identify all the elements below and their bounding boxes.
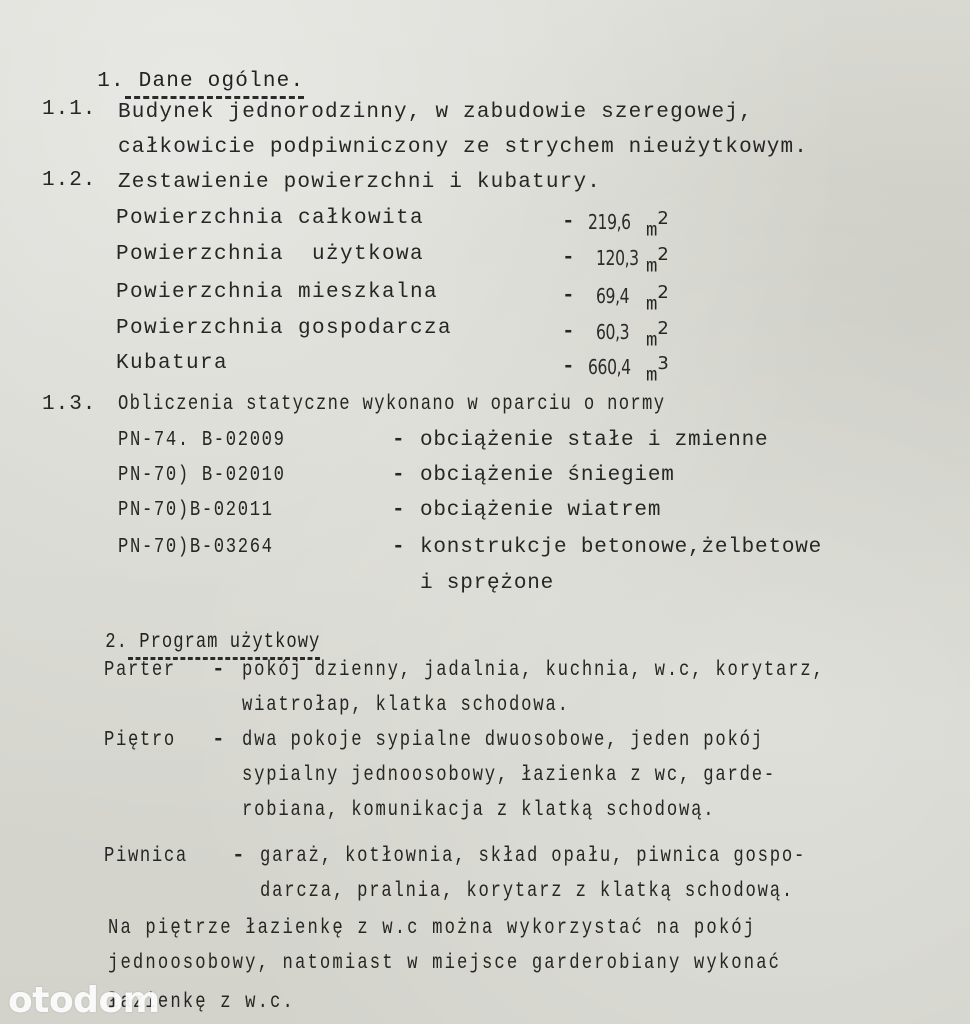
floor-description-line: wiatrołap, klatka schodowa. [242,695,570,716]
item-1-1-line-2: całkowicie podpiwniczony ze strychem nie… [118,137,808,158]
document-page: 1. Dane ogólne. 1.1. Budynek jednorodzin… [0,0,970,1024]
area-value: 660,4 [588,357,631,377]
norm-dash: - [392,500,405,521]
section-2-title-text: Program użytkowy [139,631,320,654]
area-dash: - [562,248,575,269]
area-label: Powierzchnia całkowita [116,208,424,229]
area-label: Powierzchnia mieszkalna [116,282,438,303]
area-value: 120,3 [596,248,639,268]
floor-dash: - [232,846,245,867]
area-value: 69,4 [596,286,629,306]
area-value: 60,3 [596,322,629,342]
norm-dash: - [392,465,405,486]
section-1-title: Dane ogólne. [125,70,304,99]
floor-name: Parter [104,660,176,681]
floor-dash: - [212,660,225,681]
area-dash: - [562,322,575,343]
floor-dash: - [212,730,225,751]
item-1-1-line-1: Budynek jednorodzinny, w zabudowie szere… [118,102,753,123]
norm-dash: - [392,537,405,558]
floor-name: Piętro [104,730,176,751]
norm-code: PN-70)B-03264 [118,537,274,558]
norm-code: PN-70) B-02010 [118,465,286,486]
area-dash: - [562,286,575,307]
area-unit-exponent: 2 [657,282,668,303]
item-1-3-title: Obliczenia statyczne wykonano w oparciu … [118,394,665,415]
item-1-1-number: 1.1. [42,99,96,120]
section-1-number: 1. [97,70,125,93]
area-unit: m2 [646,250,669,276]
note-line: Na piętrze łazienkę z w.c można wykorzys… [108,918,756,939]
norm-description-cont: i sprężone [420,573,554,594]
area-label: Kubatura [116,353,228,374]
norm-dash: - [392,430,405,451]
area-unit: m2 [646,324,669,350]
floor-description-line: sypialny jednoosobowy, łazienka z wc, ga… [242,765,776,786]
area-label: Powierzchnia gospodarcza [116,318,452,339]
norm-code: PN-70)B-02011 [118,500,274,521]
norm-code: PN-74. B-02009 [118,430,286,451]
item-1-3-number: 1.3. [42,394,96,415]
norm-description: konstrukcje betonowe,żelbetowe [420,537,822,558]
area-value: 219,6 [588,212,631,232]
floor-description-line: darcza, pralnia, korytarz z klatką schod… [260,881,794,902]
item-1-2-number: 1.2. [42,170,96,191]
note-line: jednoosobowy, natomiast w miejsce garder… [108,953,781,974]
section-1-title-text: Dane ogólne. [139,70,305,93]
area-dash: - [562,357,575,378]
area-label: Powierzchnia użytkowa [116,244,424,265]
area-unit-exponent: 3 [657,353,668,374]
area-unit-exponent: 2 [657,318,668,339]
floor-description-line: dwa pokoje sypialne dwuosobowe, jeden po… [242,730,764,751]
norm-description: obciążenie śniegiem [420,465,675,486]
otodom-watermark-logo: otodom [8,983,160,1019]
floor-description-line: robiana, komunikacja z klatką schodową. [242,800,715,821]
item-1-2-title: Zestawienie powierzchni i kubatury. [118,172,601,193]
floor-description-line: pokój dzienny, jadalnia, kuchnia, w.c, k… [242,660,825,681]
norm-description: obciążenie wiatrem [420,500,661,521]
area-dash: - [562,212,575,233]
section-2-title: Program użytkowy [128,631,320,660]
area-unit: m2 [646,214,669,240]
norm-description: obciążenie stałe i zmienne [420,430,768,451]
area-unit-exponent: 2 [657,244,668,265]
area-unit: m2 [646,288,669,314]
floor-name: Piwnica [104,846,188,867]
area-unit: m3 [646,359,669,385]
floor-description-line: garaż, kotłownia, skład opału, piwnica g… [260,846,806,867]
section-2-number: 2. [105,631,128,654]
area-unit-exponent: 2 [657,208,668,229]
